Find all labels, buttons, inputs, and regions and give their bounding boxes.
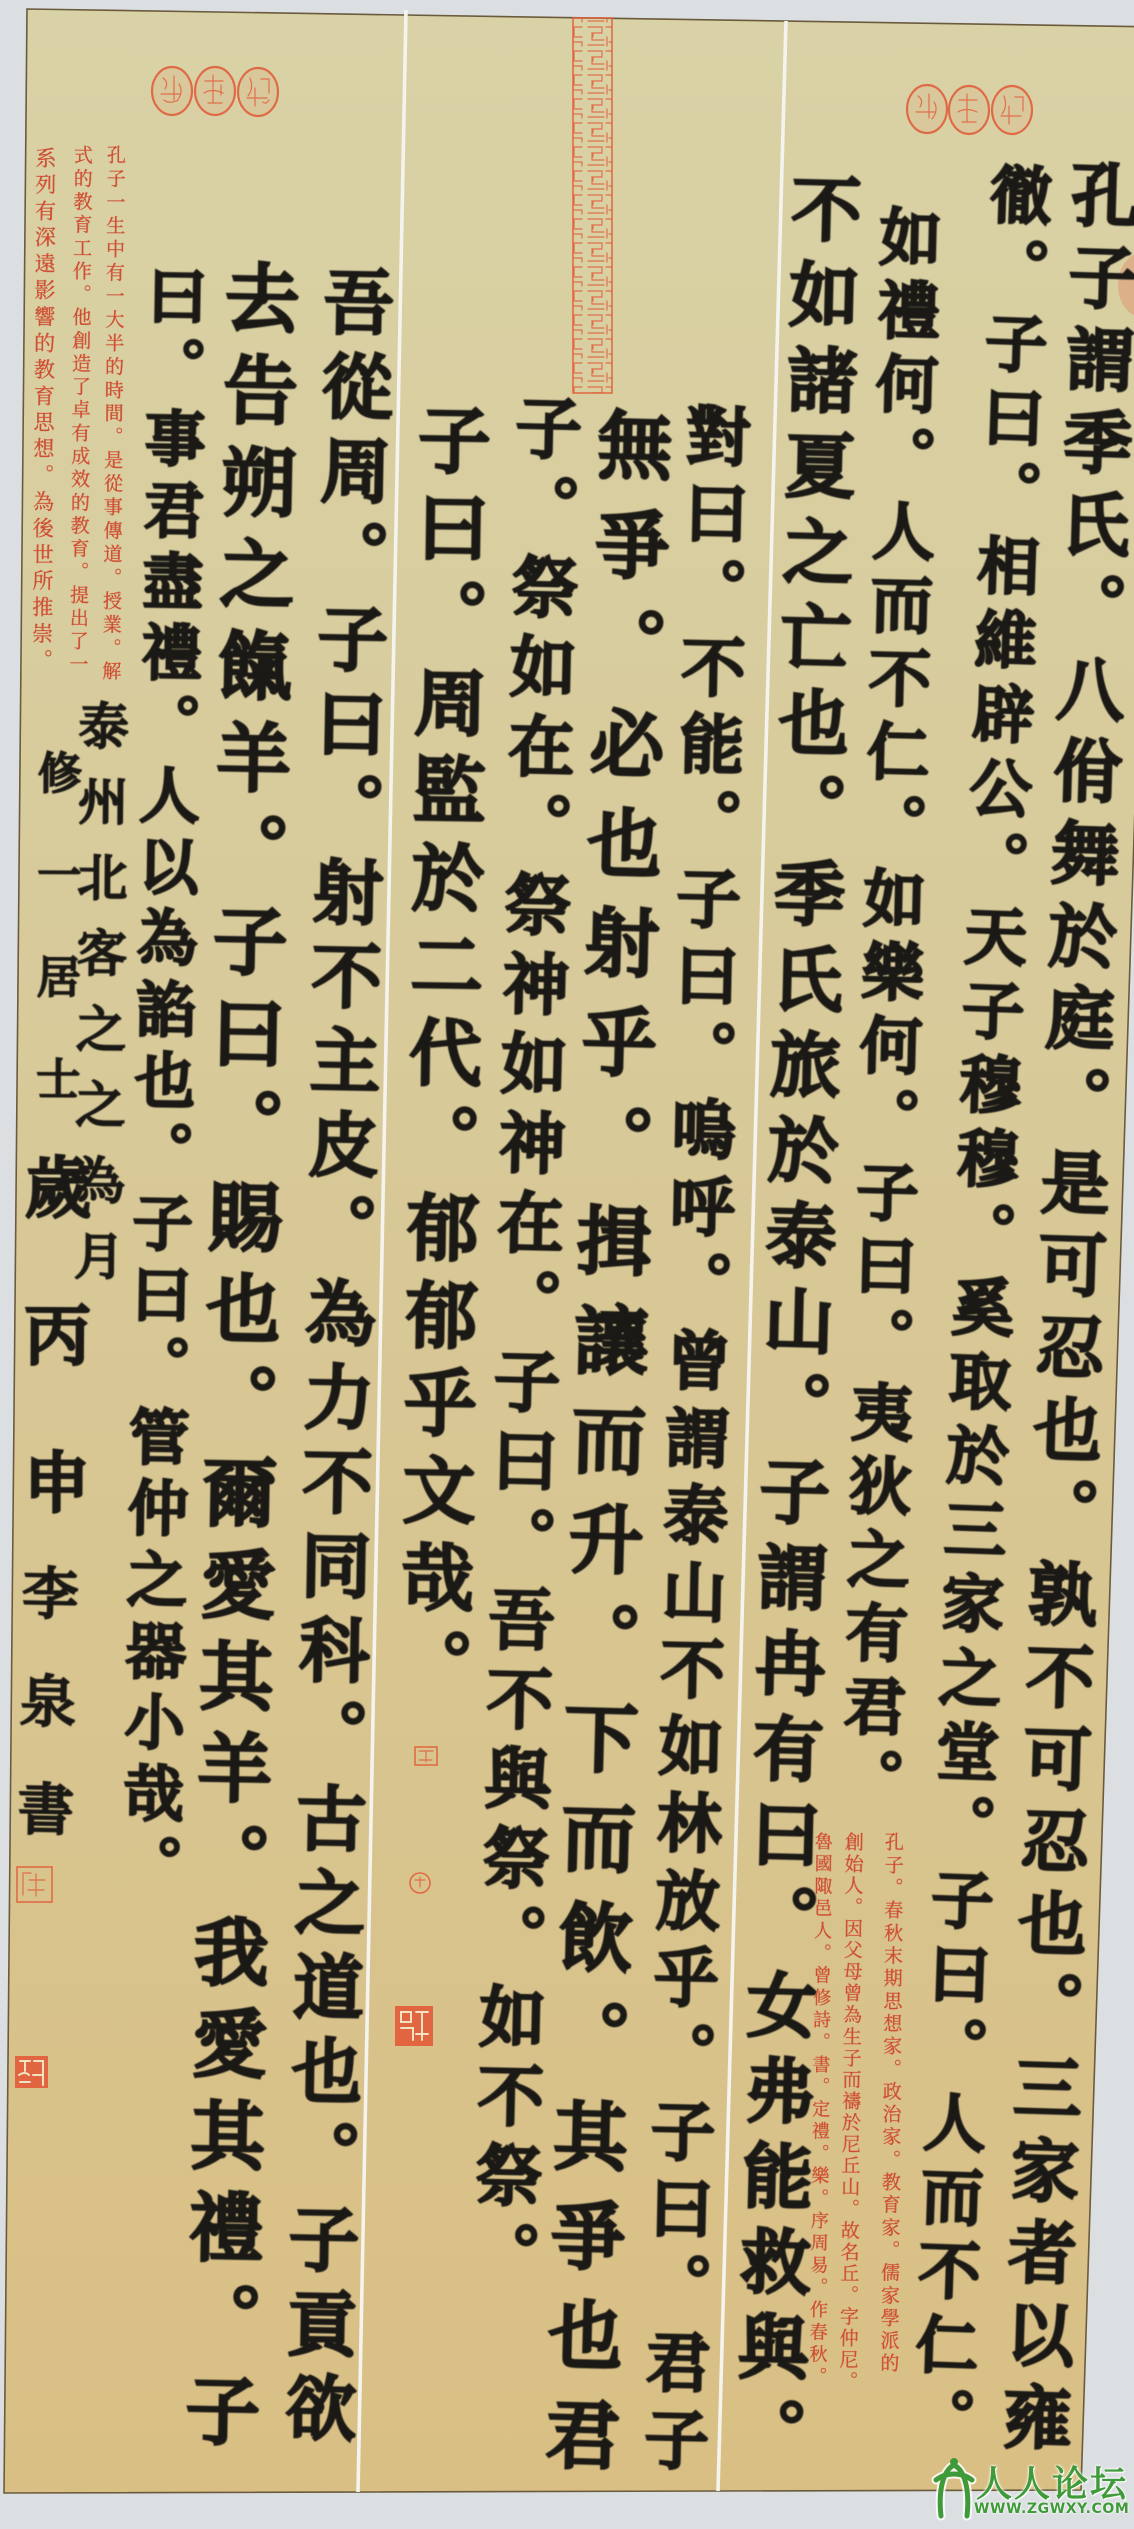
signature-date: 歲丙申 xyxy=(17,1153,85,1514)
round-seal-icon xyxy=(238,68,278,116)
round-seal-icon xyxy=(992,86,1032,134)
square-seal-icon xyxy=(395,2006,433,2046)
colophon-column: 修一居士 xyxy=(31,750,77,1100)
annotation-column: 孔子。春秋末期思想家。政治家。教育家。儒家學派的 xyxy=(878,1832,902,2372)
square-seal-icon xyxy=(15,2056,48,2088)
annotation-column: 式的教育工作。他創造了卓有成效的教育。提出了一 xyxy=(67,145,91,673)
annotation-column: 魯國陬邑人。曾修詩。書。定禮。樂。序周易。作春秋。 xyxy=(807,1832,831,2385)
watermark-url: WWW.ZGWXY.COM xyxy=(974,2501,1129,2517)
signature-name: 李泉書 xyxy=(12,1563,74,1836)
annotation-column: 孔子一生中有一大半的時間。是從事傳道。授業。解 xyxy=(100,145,124,680)
round-seal-icon xyxy=(907,85,947,133)
round-seal-icon xyxy=(152,67,192,115)
watermark-site-name: 人人论坛 xyxy=(976,2456,1128,2507)
annotation-column: 創始人。因父母曾為生子而禱於尼丘山。故名丘。字仲尼。 xyxy=(837,1832,862,2390)
calligraphy-column: 子曰。周監於二代。郁郁乎文哉。 xyxy=(394,402,485,1700)
annotation-column: 系列有深遠影響的教育思想。為後世所推崇。 xyxy=(30,147,55,670)
seal-strip-icon xyxy=(573,18,612,393)
round-seal-icon xyxy=(949,86,989,134)
round-seal-icon xyxy=(195,67,235,115)
